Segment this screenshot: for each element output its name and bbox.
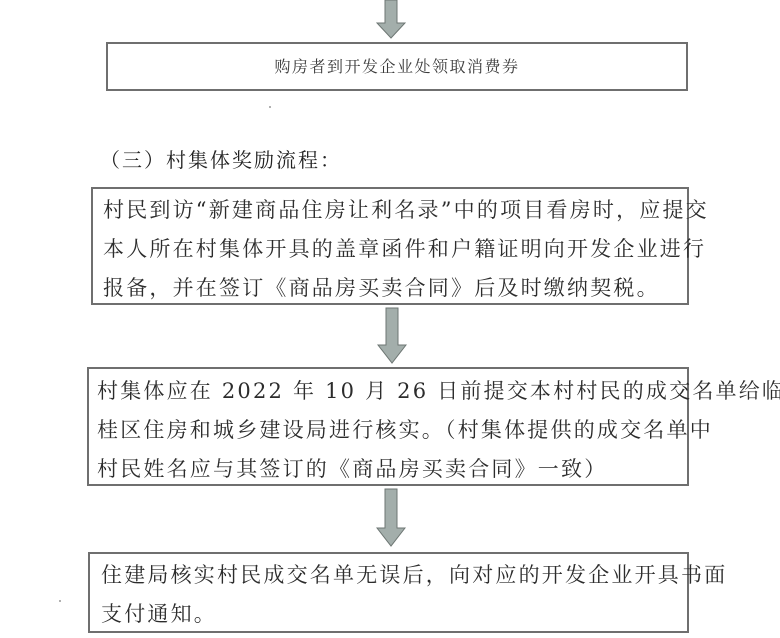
flow-step-3-box: 住建局核实村民成交名单无误后，向对应的开发企业开具书面 支付通知。 (88, 552, 689, 633)
flow-step-3-line-1: 住建局核实村民成交名单无误后，向对应的开发企业开具书面 (101, 556, 687, 595)
scan-speck (59, 600, 61, 602)
flow-step-1-box: 村民到访“新建商品住房让利名录”中的项目看房时，应提交 本人所在村集体开具的盖章… (91, 187, 689, 305)
flow-step-1-line-3: 报备，并在签订《商品房买卖合同》后及时缴纳契税。 (103, 269, 687, 308)
flow-step-2-box: 村集体应在 2022 年 10 月 26 日前提交本村村民的成交名单给临 桂区住… (87, 367, 689, 486)
down-arrow-icon (377, 307, 407, 365)
flow-step-2-line-2: 桂区住房和城乡建设局进行核实。（村集体提供的成交名单中 (97, 411, 687, 450)
flow-step-3-line-2: 支付通知。 (101, 595, 687, 634)
scan-speck (269, 106, 271, 108)
down-arrow-icon (376, 488, 406, 548)
flow-step-1-line-1: 村民到访“新建商品住房让利名录”中的项目看房时，应提交 (103, 191, 687, 230)
down-arrow-icon (376, 0, 406, 40)
section-heading: （三）村集体奖励流程： (100, 144, 342, 173)
flow-step-2-line-1: 村集体应在 2022 年 10 月 26 日前提交本村村民的成交名单给临 (97, 372, 687, 411)
flow-step-1-line-2: 本人所在村集体开具的盖章函件和户籍证明向开发企业进行 (103, 230, 687, 269)
flow-box-collect-voucher: 购房者到开发企业处领取消费券 (106, 42, 688, 91)
flow-step-2-line-3: 村民姓名应与其签订的《商品房买卖合同》一致） (97, 450, 687, 489)
flow-box-text: 购房者到开发企业处领取消费券 (274, 47, 519, 86)
